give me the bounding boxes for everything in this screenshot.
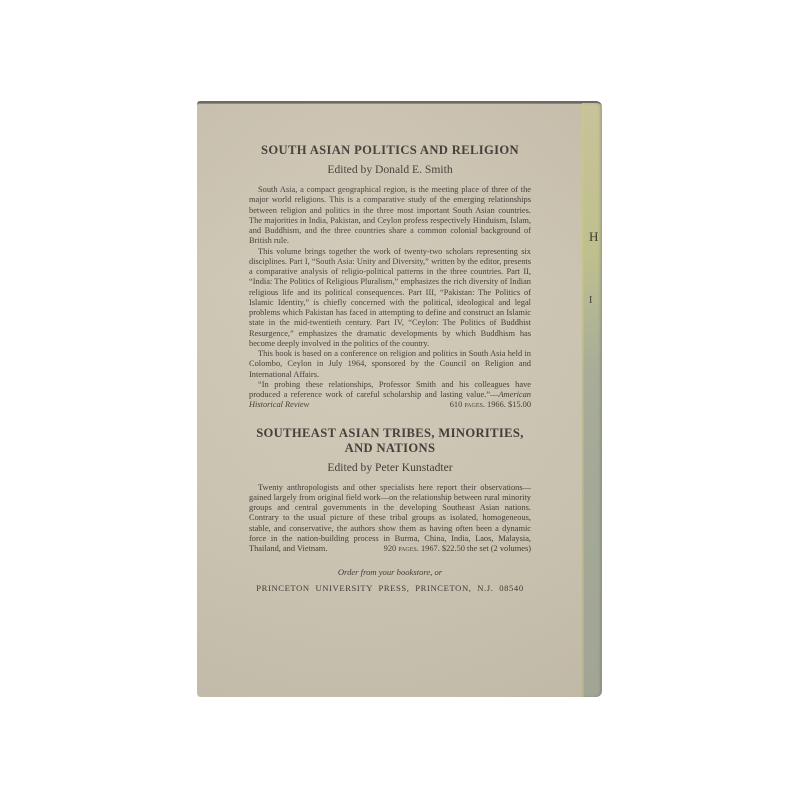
book2-paragraph: Twenty anthropologists and other special…: [249, 483, 531, 555]
book1-price-info: 610 pages. 1966. $15.00: [441, 400, 531, 410]
book2-title-line1: SOUTHEAST ASIAN TRIBES, MINORITIES,: [249, 426, 531, 441]
book1-review-quote: “In probing these relationships, Profess…: [249, 380, 531, 411]
book1-paragraph-1: South Asia, a compact geographical regio…: [249, 185, 531, 247]
book1-paragraph-3: This book is based on a conference on re…: [249, 349, 531, 380]
book2-price-info: 920 pages. 1967. $22.50 the set (2 volum…: [375, 544, 531, 554]
book1-editor: Edited by Donald E. Smith: [249, 163, 531, 176]
book-spine-edge: H I: [582, 101, 602, 697]
book2-editor: Edited by Peter Kunstadter: [249, 461, 531, 474]
quote-text: “In probing these relationships, Profess…: [249, 380, 531, 399]
book1-title: SOUTH ASIAN POLITICS AND RELIGION: [249, 143, 531, 158]
publisher-line: PRINCETON UNIVERSITY PRESS, PRINCETON, N…: [249, 583, 531, 593]
spine-letter: I: [589, 295, 592, 306]
back-cover: SOUTH ASIAN POLITICS AND RELIGION Edited…: [197, 101, 585, 697]
order-line: Order from your bookstore, or: [249, 567, 531, 577]
book2-title-line2: AND NATIONS: [249, 441, 531, 456]
book: SOUTH ASIAN POLITICS AND RELIGION Edited…: [197, 101, 602, 697]
back-cover-text: SOUTH ASIAN POLITICS AND RELIGION Edited…: [249, 143, 531, 593]
book1-paragraph-2: This volume brings together the work of …: [249, 247, 531, 350]
spine-letter: H: [589, 229, 598, 245]
